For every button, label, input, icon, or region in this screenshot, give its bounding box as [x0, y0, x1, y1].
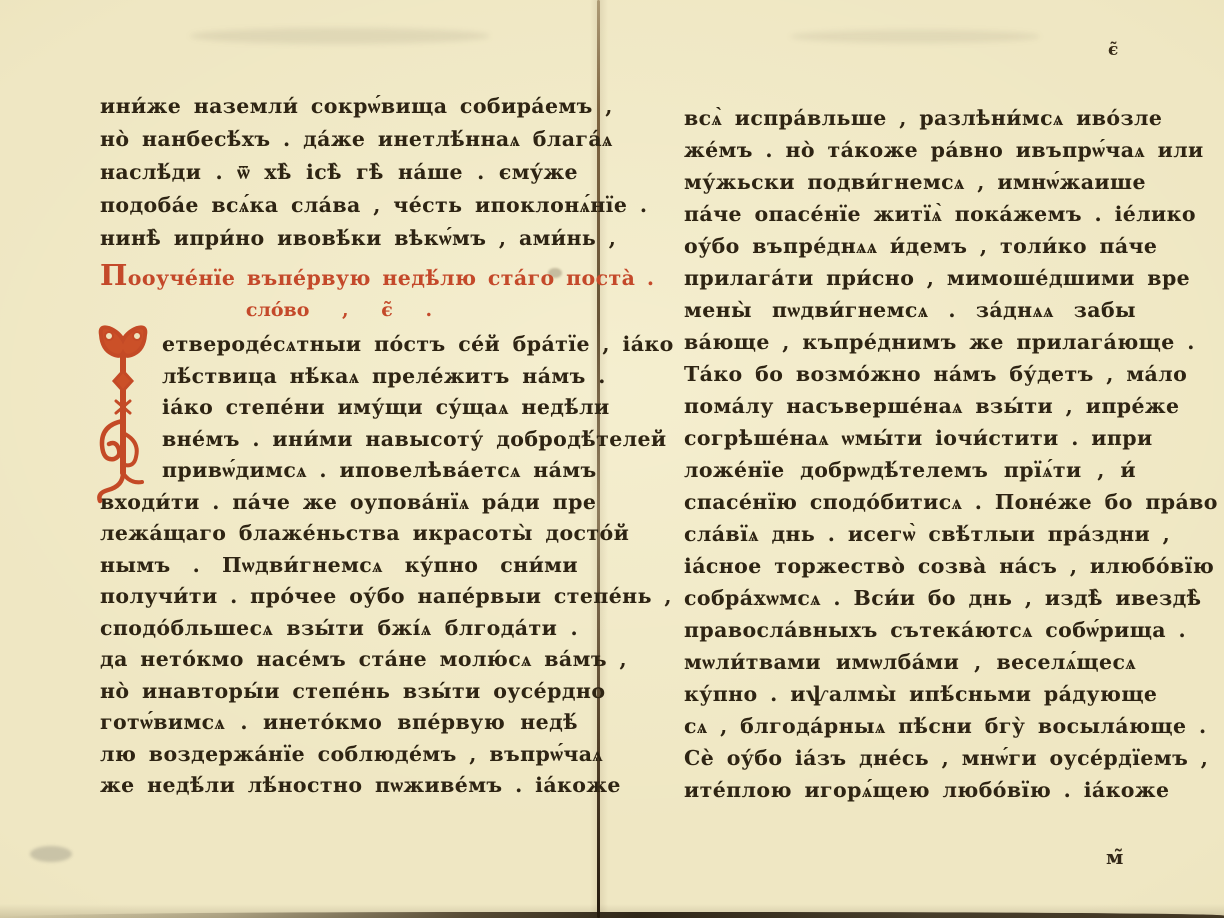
text-line: нымъ . Пѡдви́гнемсѧ ку́пно сни́ми: [100, 550, 578, 582]
text-line: ите́плою игорѧ́щею любо́вїю . іа́коже: [684, 774, 1136, 806]
right-page: всѧ̀ испра́вльше , разлѣни́мсѧ иво́злеже…: [684, 102, 1136, 806]
text-line: подоба́е всѧ́ка сла́ва , че́сть ипоклонѧ…: [100, 189, 578, 222]
text-line: лѣ́ствица нѣ́каѧ преле́житъ на́мъ .: [162, 361, 578, 393]
text-line: ва́юще , къпре́днимъ же прилага́юще .: [684, 326, 1136, 358]
text-line: ку́пно . иѱалмы̀ ипѣ́сньми ра́дующе: [684, 678, 1136, 710]
text-line: но̀ нанбесѣ́хъ . да́же инетлѣ́ннаѧ блага…: [100, 123, 578, 156]
text-line: сѧ , блгода́рныѧ пѣ́сни бгу̀ восыла́юще …: [684, 710, 1136, 742]
text-line: спасе́нїю сподо́битисѧ . Поне́же бо пра́…: [684, 486, 1136, 518]
text-line: етвероде́сѧтныи по́стъ се́й бра́тїе , іа…: [162, 329, 578, 361]
text-line: ложе́нїе добрѡдѣ́телемъ прїѧ́ти , и́: [684, 454, 1136, 486]
text-line: му́жьски подви́гнемсѧ , имнѡ́жаише: [684, 166, 1136, 198]
text-line: іа́ко степе́ни иму́щи су́щаѧ недѣ́ли: [162, 392, 578, 424]
text-line: Сѐ оу́бо іа́зъ дне́сь , мнѡ́ги оусе́рдїе…: [684, 742, 1136, 774]
text-line: готѡ́вимсѧ . инето́кмо впе́рвую недѣ́: [100, 707, 578, 739]
text-line: нинѣ̀ ипри́но ивовѣ́ки вѣкѡ́мъ , ами́нь …: [100, 222, 578, 255]
text-line: мѡли́твами имѡлба́ми , веселѧ́щесѧ: [684, 646, 1136, 678]
text-line: входи́ти . па́че же оупова́нїѧ ра́ди пре: [100, 487, 578, 519]
text-line: іа́сное торжество̀ созва̀ на́съ , илюбо́…: [684, 550, 1136, 582]
rubric-heading: Пооуче́нїе въпе́рвую недѣ́лю ста́го пост…: [100, 255, 578, 295]
text-line: вне́мъ . ини́ми навысоту́ добродѣ́телей: [162, 424, 578, 456]
left-page-paragraph: етвероде́сѧтныи по́стъ се́й бра́тїе , іа…: [100, 329, 578, 802]
floral-initial-icon: [92, 323, 154, 505]
text-line: же недѣ́ли лѣ́ностно пѡживе́мъ . іа́коже: [100, 770, 578, 802]
left-page-body: етвероде́сѧтныи по́стъ се́й бра́тїе , іа…: [100, 329, 578, 802]
text-line: собра́хѡмсѧ . Вси́и бо днь , издѣ̀ ивезд…: [684, 582, 1136, 614]
text-line: пома́лу насъверше́наѧ взы́ти , ипре́же: [684, 390, 1136, 422]
text-line: сла́вїѧ днь . исегѡ̀ свѣ́тлыи пра́здни ,: [684, 518, 1136, 550]
folio-number: є̃: [1108, 40, 1118, 60]
rubric-subheading: сло́во , є̃ .: [100, 295, 578, 329]
text-line: да нето́кмо насе́мъ ста́не молю́сѧ ва́мъ…: [100, 644, 578, 676]
text-line: Та́ко бо возмо́жно на́мъ бу́детъ , ма́ло: [684, 358, 1136, 390]
pencil-smudge: [30, 846, 72, 862]
show-through-smudge: [790, 30, 1040, 43]
text-line: оу́бо въпре́днѧѧ и́демъ , толи́ко па́че: [684, 230, 1136, 262]
text-line: лежа́щаго блаже́ньства икрасоты̀ досто́й: [100, 518, 578, 550]
text-line: наслѣ́ди . ѿ хѣ̀ ісѣ̀ гѣ̀ на́ше . єму́же: [100, 156, 578, 189]
signature-mark: м̃: [1106, 846, 1123, 868]
text-line: прилага́ти при́сно , мимоше́дшими вре: [684, 262, 1136, 294]
text-line: согрѣше́наѧ ѡмы́ти іочи́стити . ипри: [684, 422, 1136, 454]
bottom-page-edge: [0, 912, 1224, 918]
text-line: же́мъ . но̀ та́коже ра́вно ивъпрѡ́чаѧ ил…: [684, 134, 1136, 166]
show-through-smudge: [190, 28, 490, 44]
text-line: лю воздержа́нїе соблюде́мъ , въпрѡ́чаѧ: [100, 739, 578, 771]
text-line: но̀ инавторы́и степе́нь взы́ти оусе́рдно: [100, 676, 578, 708]
text-line: ини́же наземли́ сокрѡ́вища собира́емъ ,: [100, 90, 578, 123]
text-line: сподо́бльшесѧ взы́ти бжі́ѧ блгода́ти .: [100, 613, 578, 645]
book-spread: ини́же наземли́ сокрѡ́вища собира́емъ ,н…: [0, 0, 1224, 918]
text-line: мены̀ пѡдви́гнемсѧ . за́днѧѧ забы: [684, 294, 1136, 326]
right-page-paragraph: всѧ̀ испра́вльше , разлѣни́мсѧ иво́злеже…: [684, 102, 1136, 806]
left-page: ини́же наземли́ сокрѡ́вища собира́емъ ,н…: [100, 90, 578, 802]
text-line: получи́ти . про́чее оу́бо напе́рвыи степ…: [100, 581, 578, 613]
text-line: привѡ́димсѧ . иповелѣва́етсѧ на́мъ: [162, 455, 578, 487]
text-line: правосла́вныхъ сътека́ютсѧ собѡ́рища .: [684, 614, 1136, 646]
ornate-initial-che: [92, 323, 154, 505]
left-page-intro: ини́же наземли́ сокрѡ́вища собира́емъ ,н…: [100, 90, 578, 255]
text-line: па́че опасе́нїе житїѧ̀ пока́жемъ . іе́ли…: [684, 198, 1136, 230]
text-line: всѧ̀ испра́вльше , разлѣни́мсѧ иво́зле: [684, 102, 1136, 134]
